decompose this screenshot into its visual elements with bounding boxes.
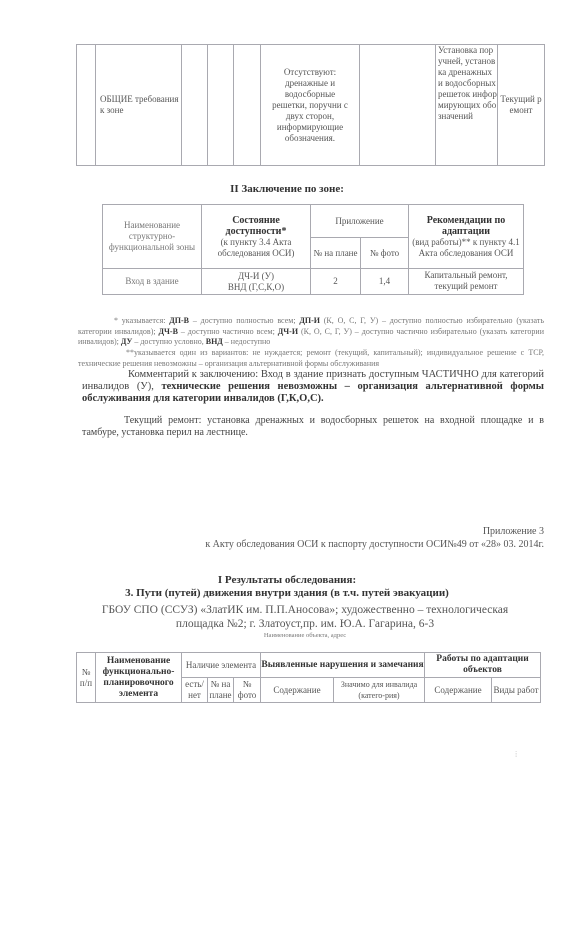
zone-requirements-table: ОБЩИЕ требования к зоне Отсутствуют: дре… — [76, 44, 545, 166]
header-rec-sub: (вид работы)** к пункту 4.1 Акта обследо… — [409, 237, 523, 259]
code-dp-i: ДП-И — [299, 316, 320, 325]
cell-exists — [182, 45, 208, 166]
conclusion-comment: Комментарий к заключению: Вход в здание … — [82, 369, 544, 405]
cell-num — [77, 45, 96, 166]
cell-violations: Отсутствуют: дренажные и водосборные реш… — [261, 45, 360, 166]
code-du-text: – доступно условно, — [132, 337, 205, 346]
cell-photo-no — [234, 45, 261, 166]
header-photo-no: № фото — [234, 678, 261, 703]
code-vnd-text: – недоступно — [223, 337, 271, 346]
cell-plan-no — [208, 45, 234, 166]
code-dp-v: ДП-В — [169, 316, 189, 325]
header-state-sub: (к пункту 3.4 Акта обследования ОСИ) — [202, 237, 310, 259]
header-presence: Наличие элемента — [182, 653, 261, 678]
code-dch-v: ДЧ-В — [159, 327, 178, 336]
header-violations: Выявленные нарушения и замечания — [261, 653, 425, 678]
header-state: Состояние доступности* (к пункту 3.4 Акт… — [202, 205, 311, 269]
conclusion-table: Наименование структурно-функциональной з… — [102, 204, 524, 295]
cell-photo-no: 1,4 — [361, 269, 409, 295]
footnote-work-type: **указывается один из вариантов: не нужд… — [78, 348, 544, 369]
cell-zone-name: Вход в здание — [103, 269, 202, 295]
header-plan-no: № на плане — [208, 678, 234, 703]
header-num: № п/п — [77, 653, 96, 703]
header-viol-significance: Значимо для инвалида (катего-рия) — [334, 678, 425, 703]
header-zone-name: Наименование структурно-функциональной з… — [103, 205, 202, 269]
code-dch-i: ДЧ-И — [278, 327, 298, 336]
header-rec-title: Рекомендации по адаптации — [409, 215, 523, 237]
paths-table: № п/п Наименование функционально-планиро… — [76, 652, 541, 703]
header-plan-no: № на плане — [311, 238, 361, 269]
cell-element-name: ОБЩИЕ требования к зоне — [96, 45, 182, 166]
header-element-name: Наименование функционально-планировочног… — [96, 653, 182, 703]
footnote-prefix: * указывается: — [114, 316, 169, 325]
footnote-accessibility: * указывается: ДП-В – доступно полностью… — [78, 316, 544, 348]
header-works-type: Виды работ — [492, 678, 541, 703]
scan-mark: ⁞ — [515, 750, 520, 768]
code-du: ДУ — [121, 337, 132, 346]
header-works-content: Содержание — [425, 678, 492, 703]
table-row: Вход в здание ДЧ-И (У) ВНД (Г,С,К,О) 2 1… — [103, 269, 524, 295]
object-name-line1: ГБОУ СПО (ССУЗ) «ЗлатИК им. П.П.Аносова»… — [0, 604, 574, 616]
cell-state-line1: ДЧ-И (У) — [202, 271, 310, 282]
header-exists: есть/ нет — [182, 678, 208, 703]
repair-note: Текущий ремонт: установка дренажных и во… — [82, 415, 544, 439]
header-works: Работы по адаптации объектов — [425, 653, 541, 678]
cell-recommendation: Капитальный ремонт, текущий ремонт — [409, 269, 524, 295]
object-name-line2: площадка №2; г. Златоуст,пр. им. Ю.А. Га… — [0, 618, 574, 630]
object-caption: Наименование объекта, адрес — [0, 632, 574, 639]
header-state-title: Состояние доступности* — [202, 215, 310, 237]
appendix-number: Приложение 3 — [483, 526, 544, 537]
header-photo-no: № фото — [361, 238, 409, 269]
header-appendix: Приложение — [311, 205, 409, 238]
cell-plan-no: 2 — [311, 269, 361, 295]
cell-works-content: Установка поручней, установка дренажных … — [436, 45, 498, 166]
cell-significance — [360, 45, 436, 166]
results-title: I Результаты обследования: — [0, 574, 574, 586]
appendix-reference: к Акту обследования ОСИ к паспорту досту… — [205, 539, 544, 550]
table-row: ОБЩИЕ требования к зоне Отсутствуют: дре… — [77, 45, 545, 166]
header-recommendations: Рекомендации по адаптации (вид работы)**… — [409, 205, 524, 269]
code-dch-v-text: – доступно частично всем; — [178, 327, 278, 336]
code-dp-v-text: – доступно полностью всем; — [189, 316, 299, 325]
cell-works-type: Текущий ремонт — [498, 45, 545, 166]
conclusion-title: II Заключение по зоне: — [0, 183, 574, 195]
header-viol-content: Содержание — [261, 678, 334, 703]
code-vnd: ВНД — [206, 337, 223, 346]
cell-state: ДЧ-И (У) ВНД (Г,С,К,О) — [202, 269, 311, 295]
results-subtitle: 3. Пути (путей) движения внутри здания (… — [0, 587, 574, 599]
cell-state-line2: ВНД (Г,С,К,О) — [202, 282, 310, 293]
